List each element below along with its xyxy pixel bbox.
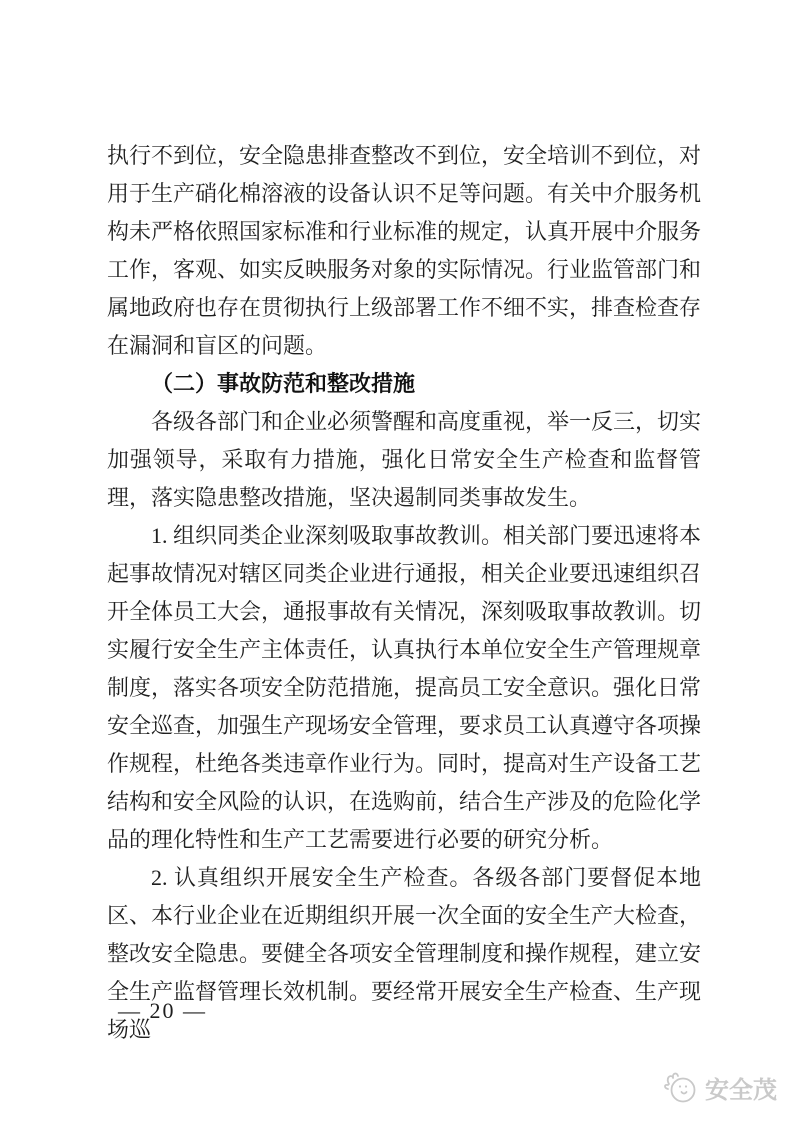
page-number: — 20 — [118,996,207,1026]
bird-mascot-icon [662,1071,700,1105]
document-body: 执行不到位，安全隐患排查整改不到位，安全培训不到位，对用于生产硝化棉溶液的设备认… [107,137,701,1049]
brand-watermark-label: 安全茂 [705,1070,777,1105]
document-page: 执行不到位，安全隐患排查整改不到位，安全培训不到位，对用于生产硝化棉溶液的设备认… [0,0,793,1122]
paragraph-findings: 执行不到位，安全隐患排查整改不到位，安全培训不到位，对用于生产硝化棉溶液的设备认… [107,137,701,365]
section-heading: （二）事故防范和整改措施 [107,365,701,403]
paragraph-measure-1: 1. 组织同类企业深刻吸取事故教训。相关部门要迅速将本起事故情况对辖区同类企业进… [107,517,701,859]
brand-watermark: 安全茂 [662,1070,777,1105]
paragraph-overview: 各级各部门和企业必须警醒和高度重视，举一反三，切实加强领导，采取有力措施，强化日… [107,403,701,517]
